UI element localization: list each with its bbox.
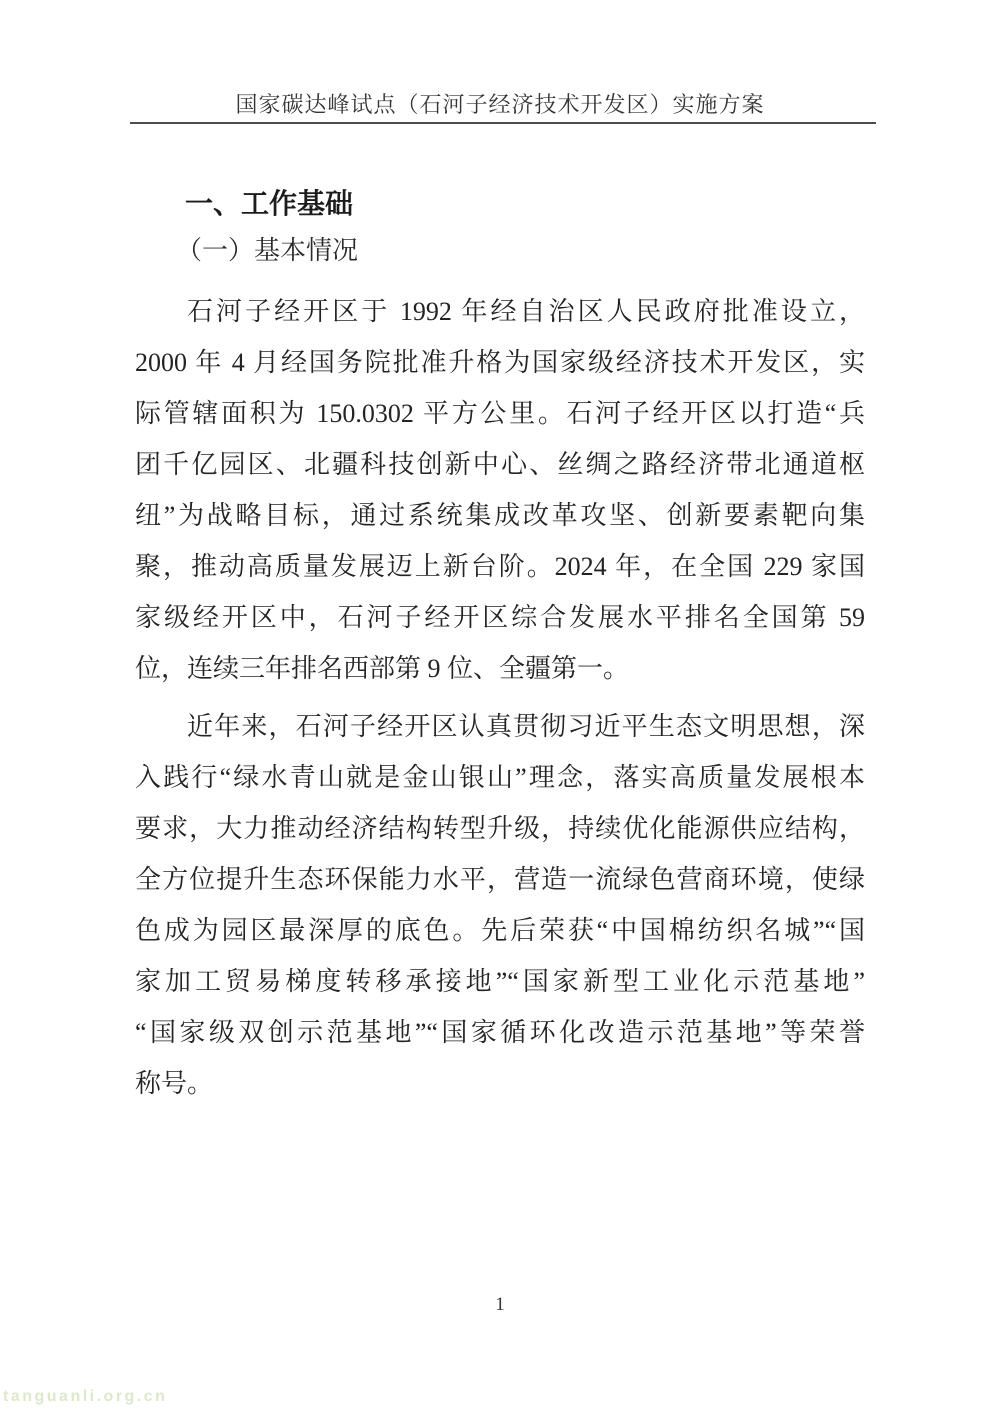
paragraph-line: 2000 年 4 月经国务院批准升格为国家级经济技术开发区，实	[135, 337, 865, 388]
paragraph-line: 称号。	[135, 1058, 865, 1109]
header-divider	[130, 122, 876, 124]
body-paragraph: 石河子经开区于 1992 年经自治区人民政府批准设立，2000 年 4 月经国务…	[135, 286, 865, 694]
paragraph-line: 纽”为战略目标，通过系统集成改革攻坚、创新要素靶向集	[135, 490, 865, 541]
paragraph-line: 际管辖面积为 150.0302 平方公里。石河子经开区以打造“兵	[135, 388, 865, 439]
subsection-heading: （一）基本情况	[176, 236, 358, 266]
document-header: 国家碳达峰试点（石河子经济技术开发区）实施方案	[0, 92, 1000, 118]
paragraph-line: 要求，大力推动经济结构转型升级，持续优化能源供应结构，	[135, 803, 865, 854]
header-title: 国家碳达峰试点（石河子经济技术开发区）实施方案	[235, 92, 764, 117]
paragraph-line: 入践行“绿水青山就是金山银山”理念，落实高质量发展根本	[135, 752, 865, 803]
watermark-text: tanguanli.org.cn	[3, 1388, 167, 1406]
paragraph-line: 全方位提升生态环保能力水平，营造一流绿色营商环境，使绿	[135, 854, 865, 905]
paragraph-line: 位，连续三年排名西部第 9 位、全疆第一。	[135, 643, 865, 694]
page-number: 1	[0, 1294, 1000, 1316]
document-page: 国家碳达峰试点（石河子经济技术开发区）实施方案 一、工作基础 （一）基本情况 石…	[0, 0, 1000, 1414]
section-heading: 一、工作基础	[185, 189, 353, 219]
paragraph-line: 家加工贸易梯度转移承接地”“国家新型工业化示范基地”	[135, 956, 865, 1007]
paragraph-line: 色成为园区最深厚的底色。先后荣获“中国棉纺织名城”“国	[135, 905, 865, 956]
paragraph-line: 家级经开区中，石河子经开区综合发展水平排名全国第 59	[135, 592, 865, 643]
paragraph-line: 石河子经开区于 1992 年经自治区人民政府批准设立，	[135, 286, 865, 337]
paragraph-line: 聚，推动高质量发展迈上新台阶。2024 年，在全国 229 家国	[135, 541, 865, 592]
paragraph-line: 近年来，石河子经开区认真贯彻习近平生态文明思想，深	[135, 701, 865, 752]
body-paragraph: 近年来，石河子经开区认真贯彻习近平生态文明思想，深入践行“绿水青山就是金山银山”…	[135, 701, 865, 1109]
paragraph-line: “国家级双创示范基地”“国家循环化改造示范基地”等荣誉	[135, 1007, 865, 1058]
paragraph-line: 团千亿园区、北疆科技创新中心、丝绸之路经济带北通道枢	[135, 439, 865, 490]
